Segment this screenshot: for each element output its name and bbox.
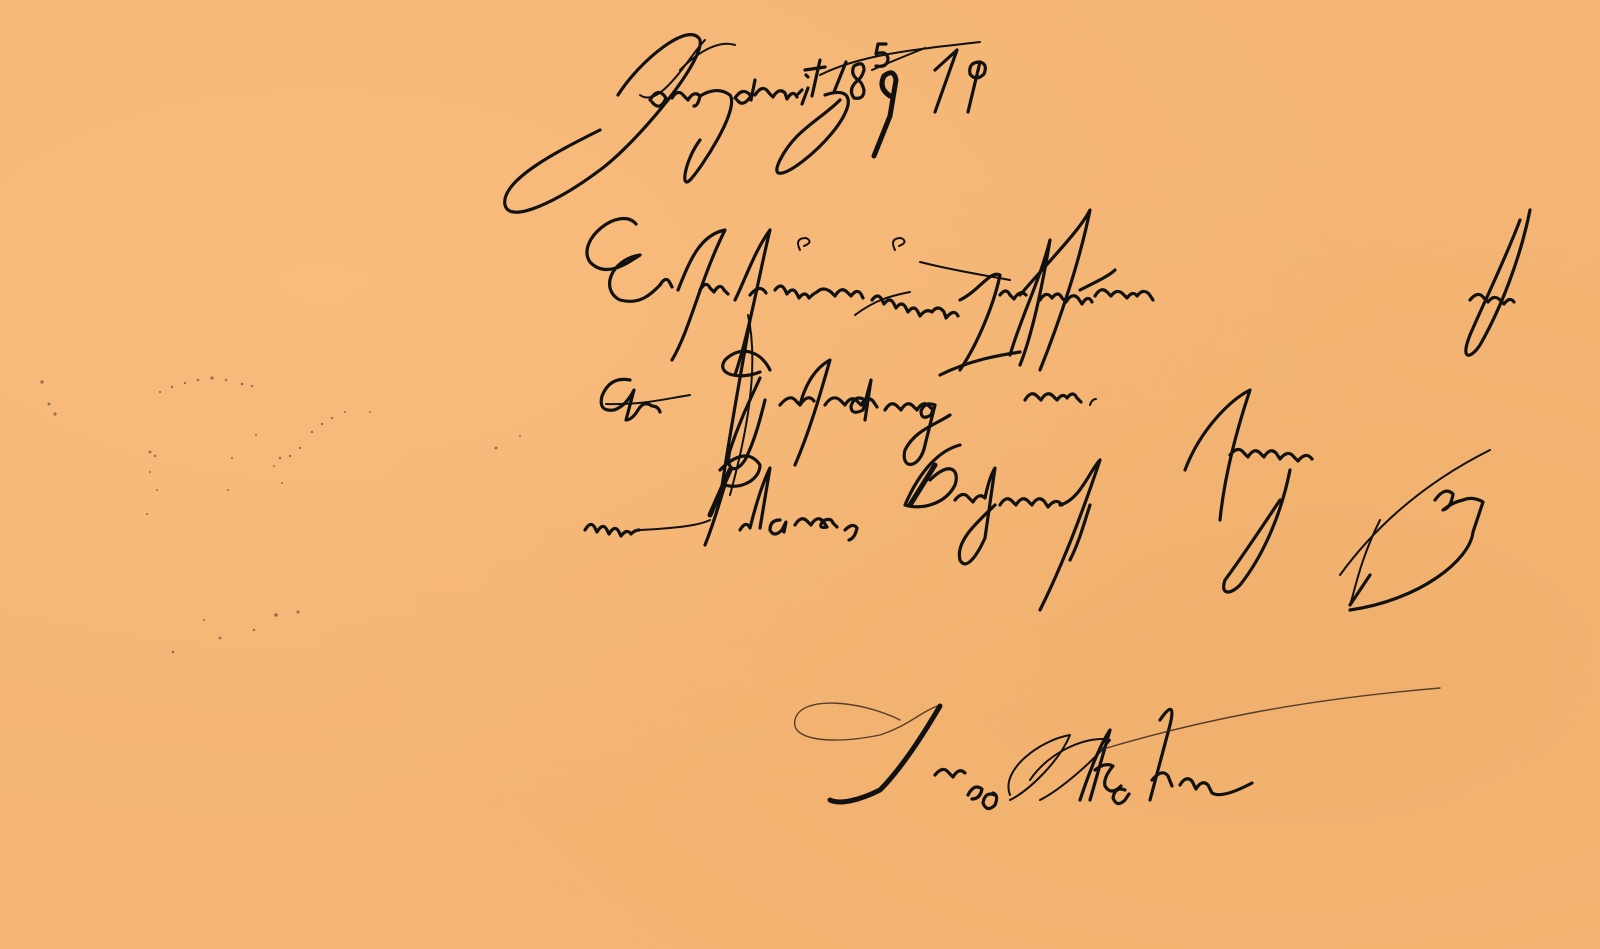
signature-handwriting <box>795 688 1440 809</box>
postcard: Gorazdowitz 18 5/9 79 Ersuche um umgehen… <box>0 0 1600 949</box>
body-line-1-handwriting <box>587 210 1530 375</box>
handwriting <box>0 0 1600 949</box>
flourishes <box>720 315 1490 610</box>
body-line-3-handwriting <box>585 445 1100 610</box>
header-place-handwriting <box>505 35 980 213</box>
